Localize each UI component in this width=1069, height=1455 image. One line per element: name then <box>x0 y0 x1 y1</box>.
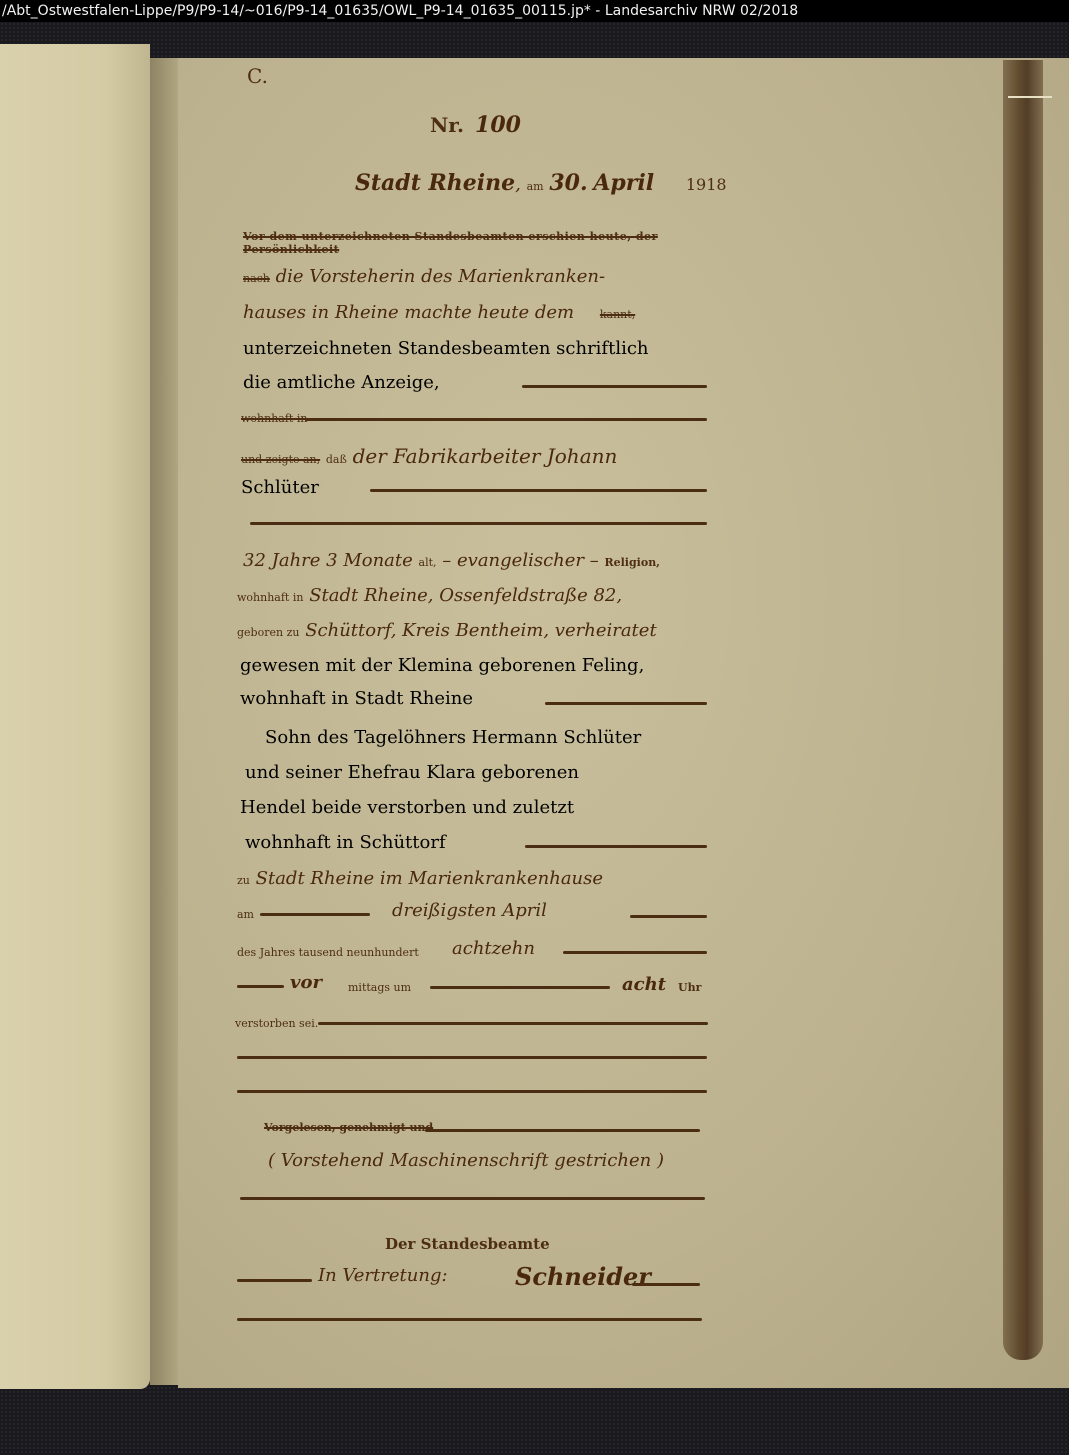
page-edge-shadow <box>1003 60 1043 1360</box>
fill-rule <box>563 951 707 954</box>
struck-wohnhaft: wohnhaft in <box>241 412 307 425</box>
year-value: achtzehn <box>452 938 535 959</box>
fill-rule <box>425 1129 700 1132</box>
parents-line-2: und seiner Ehefrau Klara geborenen <box>245 762 579 783</box>
fill-rule <box>318 1022 708 1025</box>
signature-name: Schneider <box>515 1262 651 1291</box>
uhr-label: Uhr <box>678 981 701 994</box>
corner-mark: C. <box>247 64 268 88</box>
time-value: acht <box>622 974 666 995</box>
fill-rule <box>370 489 707 492</box>
fill-rule <box>237 1056 707 1059</box>
fill-rule <box>237 1279 312 1282</box>
parents-line-1: Sohn des Tagelöhners Hermann Schlüter <box>265 727 641 748</box>
spouse-residence-line: wohnhaft in Stadt Rheine <box>240 688 473 709</box>
deceased-line-1: und zeigte an, daß der Fabrikarbeiter Jo… <box>241 444 617 468</box>
number-value: 100 <box>475 112 521 138</box>
parents-line-3: Hendel beide verstorben und zuletzt <box>240 797 574 818</box>
signature-heading: Der Standesbeamte <box>385 1235 550 1253</box>
deceased-line-2: Schlüter <box>241 477 319 498</box>
parents-line-4: wohnhaft in Schüttorf <box>245 832 446 853</box>
fill-rule <box>237 985 284 988</box>
window-title-bar: /Abt_Ostwestfalen-Lippe/P9/P9-14/~016/P9… <box>0 0 1069 22</box>
age-religion-line: 32 Jahre 3 Monate alt, – evangelischer –… <box>243 550 660 571</box>
death-place-line: zu Stadt Rheine im Marienkrankenhause <box>237 868 603 889</box>
fill-rule <box>632 1283 700 1286</box>
mittags-label: mittags um <box>348 981 411 994</box>
fill-rule <box>260 913 370 916</box>
fill-rule <box>305 418 707 421</box>
death-day: dreißigsten April <box>392 900 547 921</box>
struck-closing: Vorgelesen, genehmigt und <box>264 1121 433 1134</box>
place: Stadt Rheine <box>355 170 515 196</box>
fill-rule <box>250 522 707 525</box>
residence-line: wohnhaft in Stadt Rheine, Ossenfeldstraß… <box>237 585 622 606</box>
signature-prefix: In Vertretung: <box>318 1265 448 1286</box>
date-connector: am <box>527 180 544 193</box>
page-edge-mark <box>1008 96 1052 98</box>
date-day: 30. <box>549 170 587 196</box>
book-gutter <box>150 58 180 1385</box>
left-page <box>0 44 150 1389</box>
am-label: am <box>237 908 254 921</box>
verstorben-label: verstorben sei. <box>235 1017 318 1030</box>
informant-line-4: die amtliche Anzeige, <box>243 372 440 393</box>
time-prefix: vor <box>290 972 322 993</box>
record-number: Nr. 100 <box>430 112 521 138</box>
birthplace-line: geboren zu Schüttorf, Kreis Bentheim, ve… <box>237 620 657 641</box>
place-date-line: Stadt Rheine, am 30. April 1918 <box>355 170 727 196</box>
closing-note: ( Vorstehend Maschinenschrift gestrichen… <box>268 1150 664 1171</box>
register-page <box>178 58 1069 1388</box>
informant-line-2: hauses in Rheine machte heute dem kannt, <box>243 302 635 323</box>
fill-rule <box>525 845 707 848</box>
number-label: Nr. <box>430 113 464 137</box>
fill-rule <box>630 915 707 918</box>
fill-rule <box>240 1197 705 1200</box>
informant-line-3: unterzeichneten Standesbeamten schriftli… <box>243 338 649 359</box>
date-month: April <box>593 170 654 196</box>
fill-rule <box>545 702 707 705</box>
date-year: 1918 <box>686 175 727 194</box>
fill-rule <box>430 986 610 989</box>
year-label: des Jahres tausend neunhundert <box>237 946 419 959</box>
spouse-line: gewesen mit der Klemina geborenen Feling… <box>240 655 644 676</box>
struck-intro: Vor dem unterzeichneten Standesbeamten e… <box>243 230 713 256</box>
window-title: /Abt_Ostwestfalen-Lippe/P9/P9-14/~016/P9… <box>2 3 798 19</box>
fill-rule <box>237 1090 707 1093</box>
fill-rule <box>522 385 707 388</box>
fill-rule <box>237 1318 702 1321</box>
informant-line-1: nach die Vorsteherin des Marienkranken- <box>243 266 605 287</box>
